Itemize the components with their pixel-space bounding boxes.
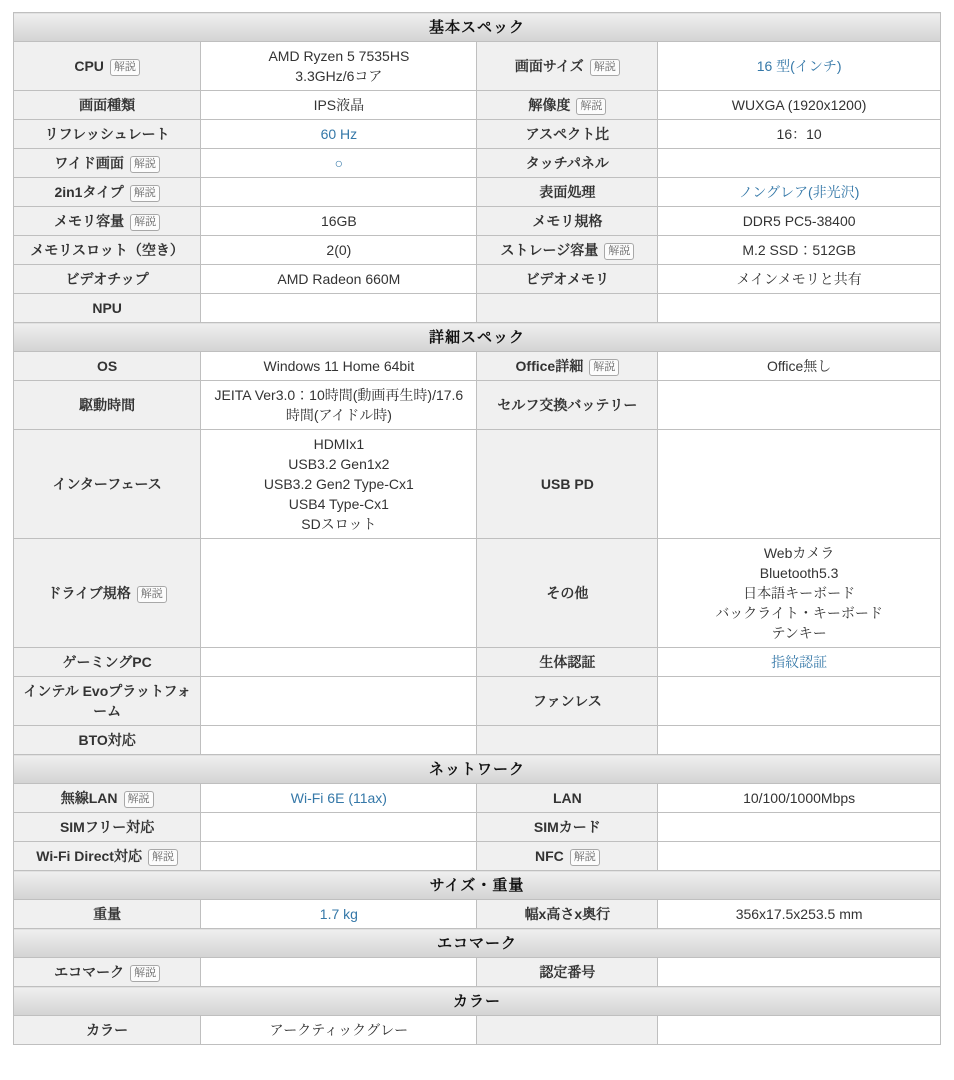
spec-value-cell (658, 149, 941, 178)
spec-value-cell (658, 726, 941, 755)
spec-label-cell-ワイド画面: ワイド画面解説 (14, 149, 201, 178)
spec-label-cell-npu: NPU (14, 294, 201, 323)
spec-value: メインメモリと共有 (736, 271, 861, 287)
spec-value-cell (201, 294, 477, 323)
section-header-1: 詳細スペック (14, 323, 941, 352)
spec-label: 画面種類 (79, 97, 135, 113)
spec-value-cell: 10/100/1000Mbps (658, 784, 941, 813)
spec-value-cell (658, 294, 941, 323)
spec-label-cell-幅x高さx奥行: 幅x高さx奥行 (477, 900, 658, 929)
kaisetsu-explain-button[interactable]: 解説 (570, 849, 600, 866)
spec-row: 無線LAN解説Wi-Fi 6E (11ax)LAN10/100/1000Mbps (14, 784, 941, 813)
spec-label-cell-重量: 重量 (14, 900, 201, 929)
spec-label-cell-2in1タイプ: 2in1タイプ解説 (14, 178, 201, 207)
spec-row: 重量1.7 kg幅x高さx奥行356x17.5x253.5 mm (14, 900, 941, 929)
spec-value-cell (201, 813, 477, 842)
spec-label-cell-office詳細: Office詳細解説 (477, 352, 658, 381)
spec-label-cell-ドライブ規格: ドライブ規格解説 (14, 539, 201, 648)
spec-row: インターフェースHDMIx1 USB3.2 Gen1x2 USB3.2 Gen2… (14, 430, 941, 539)
spec-row: BTO対応 (14, 726, 941, 755)
kaisetsu-explain-button[interactable]: 解説 (130, 965, 160, 982)
spec-label-cell-無線lan: 無線LAN解説 (14, 784, 201, 813)
spec-label-cell-lan: LAN (477, 784, 658, 813)
spec-label-cell-エコマーク: エコマーク解説 (14, 958, 201, 987)
spec-value-cell: DDR5 PC5-38400 (658, 207, 941, 236)
spec-value: アークティックグレー (270, 1022, 408, 1038)
spec-label: メモリ容量 (54, 213, 124, 229)
spec-value-cell (658, 677, 941, 726)
spec-row: ビデオチップAMD Radeon 660Mビデオメモリメインメモリと共有 (14, 265, 941, 294)
spec-label: タッチパネル (526, 155, 609, 171)
spec-label: ビデオメモリ (526, 271, 610, 287)
spec-row: SIMフリー対応SIMカード (14, 813, 941, 842)
spec-value-cell (201, 958, 477, 987)
spec-label: 幅x高さx奥行 (525, 906, 611, 922)
spec-label-cell-empty (477, 1016, 658, 1045)
spec-label: USB PD (541, 476, 594, 492)
spec-label: 2in1タイプ (54, 184, 123, 200)
spec-value-link[interactable]: 指紋認証 (771, 654, 827, 670)
spec-label: ビデオチップ (65, 271, 148, 287)
spec-value-cell: 16GB (201, 207, 477, 236)
spec-value-cell: ノングレア(非光沢) (658, 178, 941, 207)
spec-label: メモリスロット（空き） (30, 242, 183, 258)
spec-value: 16GB (321, 213, 357, 229)
spec-value: M.2 SSD：512GB (742, 242, 856, 258)
spec-label-cell-画面サイズ: 画面サイズ解説 (477, 42, 658, 91)
spec-value: AMD Radeon 660M (277, 271, 400, 287)
spec-value-cell: メインメモリと共有 (658, 265, 941, 294)
spec-value-cell: JEITA Ver3.0：10時間(動画再生時)/17.6時間(アイドル時) (201, 381, 477, 430)
spec-row: 2in1タイプ解説表面処理ノングレア(非光沢) (14, 178, 941, 207)
spec-value: 10/100/1000Mbps (743, 790, 855, 806)
spec-label-cell-メモリ容量: メモリ容量解説 (14, 207, 201, 236)
spec-label: 解像度 (528, 97, 570, 113)
spec-label: インターフェース (52, 476, 161, 492)
section-header-0: 基本スペック (14, 13, 941, 42)
spec-label: NPU (92, 300, 122, 316)
spec-label-cell-ビデオチップ: ビデオチップ (14, 265, 201, 294)
spec-label-cell-カラー: カラー (14, 1016, 201, 1045)
spec-label-cell-駆動時間: 駆動時間 (14, 381, 201, 430)
spec-label-cell-bto対応: BTO対応 (14, 726, 201, 755)
spec-label: インテル Evoプラットフォーム (23, 683, 190, 719)
kaisetsu-explain-button[interactable]: 解説 (576, 98, 606, 115)
spec-value-cell: M.2 SSD：512GB (658, 236, 941, 265)
spec-value-cell: アークティックグレー (201, 1016, 477, 1045)
kaisetsu-explain-button[interactable]: 解説 (604, 243, 634, 260)
spec-label: CPU (74, 58, 104, 74)
spec-value: DDR5 PC5-38400 (743, 213, 856, 229)
spec-value-cell (201, 726, 477, 755)
spec-value: AMD Ryzen 5 7535HS 3.3GHz/6コア (268, 48, 409, 84)
spec-label-cell-解像度: 解像度解説 (477, 91, 658, 120)
spec-value: 356x17.5x253.5 mm (736, 906, 863, 922)
spec-value: 2(0) (326, 242, 351, 258)
spec-value-cell (658, 958, 941, 987)
spec-label-cell-認定番号: 認定番号 (477, 958, 658, 987)
spec-value-cell: 16：10 (658, 120, 941, 149)
spec-value-cell (201, 178, 477, 207)
spec-value-cell: 60 Hz (201, 120, 477, 149)
spec-value-cell: ○ (201, 149, 477, 178)
spec-value-cell: 2(0) (201, 236, 477, 265)
spec-row: インテル Evoプラットフォームファンレス (14, 677, 941, 726)
spec-value: Office無し (767, 358, 831, 374)
spec-value-cell: IPS液晶 (201, 91, 477, 120)
kaisetsu-explain-button[interactable]: 解説 (130, 156, 160, 173)
kaisetsu-explain-button[interactable]: 解説 (110, 59, 140, 76)
spec-value: IPS液晶 (314, 97, 365, 113)
spec-label-cell-インテル-evoプラットフォーム: インテル Evoプラットフォーム (14, 677, 201, 726)
spec-label: 無線LAN (61, 790, 118, 806)
spec-value: Webカメラ Bluetooth5.3 日本語キーボード バックライト・キーボー… (715, 545, 883, 641)
spec-value-cell (201, 677, 477, 726)
spec-label: 生体認証 (539, 654, 595, 670)
spec-value-cell (201, 842, 477, 871)
kaisetsu-explain-button[interactable]: 解説 (124, 791, 154, 808)
spec-label-cell-リフレッシュレート: リフレッシュレート (14, 120, 201, 149)
spec-value-cell: 1.7 kg (201, 900, 477, 929)
spec-value: WUXGA (1920x1200) (732, 97, 867, 113)
spec-label: Wi-Fi Direct対応 (36, 848, 142, 864)
spec-label-cell-usb-pd: USB PD (477, 430, 658, 539)
spec-row: NPU (14, 294, 941, 323)
spec-label-cell-cpu: CPU解説 (14, 42, 201, 91)
kaisetsu-explain-button[interactable]: 解説 (130, 185, 160, 202)
spec-label: カラー (86, 1022, 128, 1038)
spec-value-cell (658, 813, 941, 842)
spec-label: セルフ交換バッテリー (497, 397, 637, 413)
spec-label: エコマーク (54, 964, 124, 980)
spec-row: OSWindows 11 Home 64bitOffice詳細解説Office無… (14, 352, 941, 381)
spec-label-cell-メモリスロット-空き: メモリスロット（空き） (14, 236, 201, 265)
spec-label-cell-アスペクト比: アスペクト比 (477, 120, 658, 149)
spec-label-cell-メモリ規格: メモリ規格 (477, 207, 658, 236)
spec-label: リフレッシュレート (45, 126, 170, 142)
spec-row: メモリ容量解説16GBメモリ規格DDR5 PC5-38400 (14, 207, 941, 236)
spec-value-link[interactable]: 60 Hz (321, 126, 358, 142)
spec-label-cell-タッチパネル: タッチパネル (477, 149, 658, 178)
spec-value: Windows 11 Home 64bit (264, 358, 415, 374)
spec-label: アスペクト比 (526, 126, 609, 142)
spec-value-link[interactable]: ノングレア(非光沢) (739, 184, 859, 200)
spec-value-cell (201, 648, 477, 677)
spec-value-cell: Office無し (658, 352, 941, 381)
spec-value-cell: 16 型(インチ) (658, 42, 941, 91)
spec-label: SIMフリー対応 (60, 819, 154, 835)
spec-label: 認定番号 (539, 964, 595, 980)
spec-label-cell-セルフ交換バッテリー: セルフ交換バッテリー (477, 381, 658, 430)
spec-value-cell (658, 381, 941, 430)
section-header-2: ネットワーク (14, 755, 941, 784)
spec-row: 画面種類IPS液晶解像度解説WUXGA (1920x1200) (14, 91, 941, 120)
spec-label-cell-ゲーミングpc: ゲーミングPC (14, 648, 201, 677)
spec-value-cell (658, 842, 941, 871)
spec-value-cell: Windows 11 Home 64bit (201, 352, 477, 381)
spec-row: エコマーク解説認定番号 (14, 958, 941, 987)
spec-label-cell-画面種類: 画面種類 (14, 91, 201, 120)
spec-label: NFC (535, 848, 564, 864)
spec-row: リフレッシュレート60 Hzアスペクト比16：10 (14, 120, 941, 149)
spec-value-link[interactable]: 16 型(インチ) (757, 58, 842, 74)
spec-value: JEITA Ver3.0：10時間(動画再生時)/17.6時間(アイドル時) (215, 387, 464, 423)
spec-value-link[interactable]: Wi-Fi 6E (11ax) (291, 790, 387, 806)
spec-label: その他 (546, 585, 588, 601)
spec-value: HDMIx1 USB3.2 Gen1x2 USB3.2 Gen2 Type-Cx… (264, 436, 414, 532)
spec-label-cell-インターフェース: インターフェース (14, 430, 201, 539)
spec-value-cell: 356x17.5x253.5 mm (658, 900, 941, 929)
spec-label: Office詳細 (516, 358, 584, 374)
spec-value-cell (658, 430, 941, 539)
spec-label: ゲーミングPC (63, 654, 152, 670)
spec-label: ファンレス (533, 693, 602, 709)
spec-value-cell: AMD Ryzen 5 7535HS 3.3GHz/6コア (201, 42, 477, 91)
spec-value-cell: Webカメラ Bluetooth5.3 日本語キーボード バックライト・キーボー… (658, 539, 941, 648)
spec-value-link[interactable]: 1.7 kg (320, 906, 358, 922)
spec-label: 表面処理 (539, 184, 595, 200)
spec-label-cell-empty (477, 726, 658, 755)
kaisetsu-explain-button[interactable]: 解説 (590, 59, 620, 76)
spec-label: 駆動時間 (79, 397, 135, 413)
spec-label-cell-os: OS (14, 352, 201, 381)
kaisetsu-explain-button[interactable]: 解説 (137, 586, 167, 603)
spec-row: ドライブ規格解説その他Webカメラ Bluetooth5.3 日本語キーボード … (14, 539, 941, 648)
section-header-3: サイズ・重量 (14, 871, 941, 900)
section-header-5: カラー (14, 987, 941, 1016)
spec-label: ワイド画面 (54, 155, 124, 171)
spec-label-cell-nfc: NFC解説 (477, 842, 658, 871)
spec-value-cell: WUXGA (1920x1200) (658, 91, 941, 120)
spec-value-cell (658, 1016, 941, 1045)
spec-label: OS (97, 358, 117, 374)
spec-value-cell: 指紋認証 (658, 648, 941, 677)
spec-value-link[interactable]: ○ (335, 155, 343, 171)
section-header-4: エコマーク (14, 929, 941, 958)
spec-label: 重量 (93, 906, 121, 922)
spec-label: SIMカード (534, 819, 601, 835)
spec-label-cell-ストレージ容量: ストレージ容量解説 (477, 236, 658, 265)
spec-row: Wi-Fi Direct対応解説NFC解説 (14, 842, 941, 871)
spec-row: ゲーミングPC生体認証指紋認証 (14, 648, 941, 677)
spec-row: CPU解説AMD Ryzen 5 7535HS 3.3GHz/6コア画面サイズ解… (14, 42, 941, 91)
spec-value: 16：10 (777, 126, 822, 142)
spec-label-cell-生体認証: 生体認証 (477, 648, 658, 677)
spec-row: ワイド画面解説○タッチパネル (14, 149, 941, 178)
spec-label: ドライブ規格 (48, 585, 131, 601)
spec-label-cell-表面処理: 表面処理 (477, 178, 658, 207)
spec-table: 基本スペックCPU解説AMD Ryzen 5 7535HS 3.3GHz/6コア… (13, 12, 941, 1045)
spec-label-cell-ビデオメモリ: ビデオメモリ (477, 265, 658, 294)
spec-value-cell: AMD Radeon 660M (201, 265, 477, 294)
spec-label-cell-simカード: SIMカード (477, 813, 658, 842)
spec-row: メモリスロット（空き）2(0)ストレージ容量解説M.2 SSD：512GB (14, 236, 941, 265)
spec-label: 画面サイズ (515, 58, 584, 74)
spec-page: 基本スペックCPU解説AMD Ryzen 5 7535HS 3.3GHz/6コア… (13, 12, 941, 1045)
spec-label-cell-simフリー対応: SIMフリー対応 (14, 813, 201, 842)
spec-row: カラーアークティックグレー (14, 1016, 941, 1045)
spec-label-cell-ファンレス: ファンレス (477, 677, 658, 726)
spec-label: ストレージ容量 (500, 242, 598, 258)
spec-label: LAN (553, 790, 582, 806)
kaisetsu-explain-button[interactable]: 解説 (130, 214, 160, 231)
spec-label: BTO対応 (78, 732, 135, 748)
spec-label-cell-empty (477, 294, 658, 323)
spec-label-cell-その他: その他 (477, 539, 658, 648)
kaisetsu-explain-button[interactable]: 解説 (589, 359, 619, 376)
spec-row: 駆動時間JEITA Ver3.0：10時間(動画再生時)/17.6時間(アイドル… (14, 381, 941, 430)
spec-value-cell: Wi-Fi 6E (11ax) (201, 784, 477, 813)
spec-label: メモリ規格 (532, 213, 602, 229)
spec-value-cell: HDMIx1 USB3.2 Gen1x2 USB3.2 Gen2 Type-Cx… (201, 430, 477, 539)
kaisetsu-explain-button[interactable]: 解説 (148, 849, 178, 866)
spec-label-cell-wi-fi-direct対応: Wi-Fi Direct対応解説 (14, 842, 201, 871)
spec-value-cell (201, 539, 477, 648)
